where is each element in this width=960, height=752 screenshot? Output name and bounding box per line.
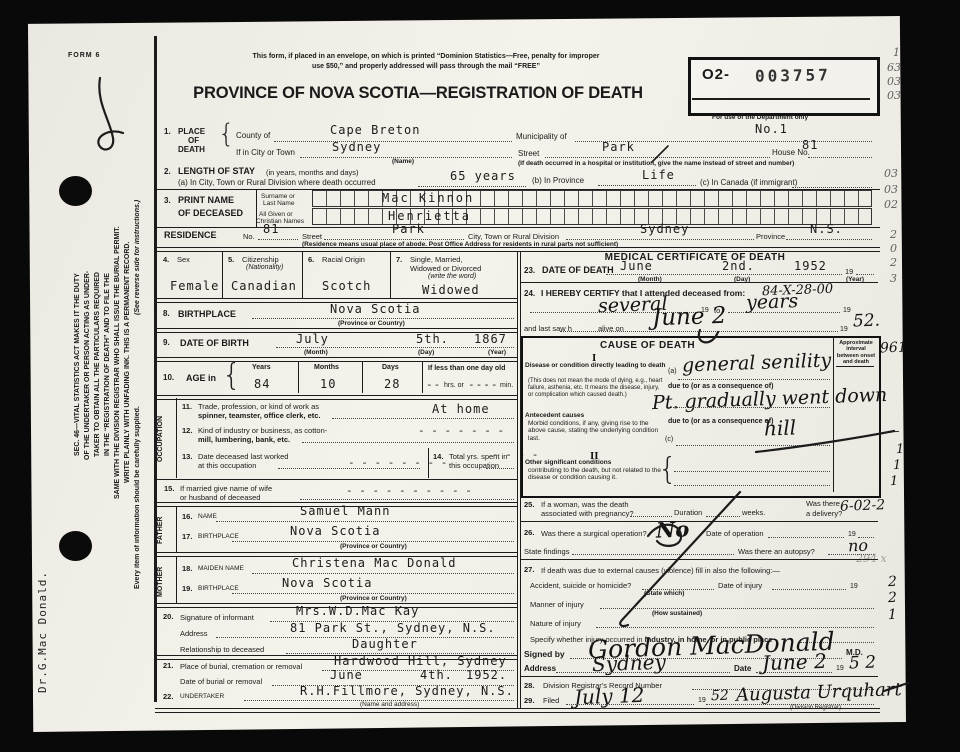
dob-label: DATE OF BIRTH bbox=[180, 338, 249, 348]
cause-title: CAUSE OF DEATH bbox=[600, 340, 695, 351]
surname-value: Mac Kinnon bbox=[382, 191, 474, 205]
field15-label-2: or husband of deceased bbox=[180, 493, 260, 502]
given-sub-1: All Given or bbox=[259, 211, 293, 218]
burial-date-label: Date of burial or removal bbox=[180, 677, 262, 686]
margin-one-2: 1 bbox=[893, 458, 902, 473]
field23-number: 23. bbox=[524, 266, 535, 275]
antecedent-note: Morbid conditions, if any, giving rise t… bbox=[528, 420, 668, 442]
age-less-label: If less than one day old bbox=[428, 365, 505, 372]
dod-month-value: June bbox=[620, 259, 653, 273]
document-title: PROVINCE OF NOVA SCOTIA—REGISTRATION OF … bbox=[168, 84, 668, 103]
dod-day-value: 2nd. bbox=[722, 259, 755, 273]
mother-vline bbox=[176, 557, 177, 603]
city-town-value: Sydney bbox=[332, 140, 381, 154]
disease-note: (This does not mean the mode of dying, e… bbox=[528, 378, 666, 399]
mother-side-label: MOTHER bbox=[157, 560, 164, 604]
racial-origin-label: Racial Origin bbox=[322, 255, 365, 264]
dod-19-pre: 19 bbox=[845, 267, 853, 276]
marital-label-1: Single, Married, bbox=[410, 255, 463, 264]
age-hrs-dashes: -- bbox=[426, 378, 441, 391]
cause-a-line bbox=[678, 378, 830, 380]
punch-hole-bottom bbox=[59, 531, 92, 561]
field18-number: 18. bbox=[182, 564, 192, 573]
pencil-note-1: 63 bbox=[887, 61, 901, 74]
duration-line bbox=[706, 515, 740, 517]
p5-p6-divider bbox=[302, 251, 303, 298]
dob-year-value: 1867 bbox=[474, 332, 507, 346]
informant-addr-value: 81 Park St., Sydney, N.S. bbox=[290, 621, 496, 635]
delivery-handwriting: 6-02-2 bbox=[840, 497, 886, 515]
stay-c-line bbox=[792, 186, 872, 188]
dob-month-sub: (Month) bbox=[304, 349, 328, 356]
pencil-note-3: 03 bbox=[887, 89, 901, 102]
residence-no-label: No. bbox=[243, 232, 255, 241]
p10-bottom-rule bbox=[155, 395, 517, 400]
sec46-line-2: OF THE UNDERTAKER OR PERSON ACTING AS UN… bbox=[84, 215, 91, 515]
field2-label: LENGTH OF STAY bbox=[178, 166, 255, 176]
stay-a-label: (a) In City, Town or Rural Division wher… bbox=[178, 178, 376, 187]
field24-number: 24. bbox=[524, 289, 535, 298]
informant-rel-label: Relationship to deceased bbox=[180, 645, 264, 654]
field11-label-2: spinner, teamster, office clerk, etc. bbox=[198, 411, 321, 420]
interval-column-line bbox=[833, 338, 834, 492]
field14-number: 14. bbox=[433, 452, 443, 461]
birthplace-label: BIRTHPLACE bbox=[178, 309, 236, 319]
accident-label: Accident, suicide or homicide? bbox=[530, 581, 631, 590]
filed-label: Filed bbox=[543, 696, 559, 705]
delivery-label: a delivery? bbox=[806, 509, 842, 518]
p25-bottom-rule bbox=[521, 521, 878, 522]
mother-bp-label: BIRTHPLACE bbox=[198, 585, 239, 592]
other-note: contributing to the death, but not relat… bbox=[528, 467, 668, 482]
field29-number: 29. bbox=[524, 696, 534, 705]
sec46-line-3: TAKER TO OBTAIN ALL THE PARTICULARS REQU… bbox=[94, 215, 101, 515]
age-days-header: Days bbox=[382, 364, 399, 371]
informant-rel-value: Daughter bbox=[352, 637, 418, 651]
field11-line bbox=[332, 417, 514, 419]
injury-date-label: Date of injury bbox=[718, 581, 762, 590]
mother-bp-sub: (Province or Country) bbox=[340, 595, 407, 602]
filed-date-line bbox=[566, 703, 694, 705]
autopsy-label: Was there an autopsy? bbox=[738, 547, 815, 556]
house-no-value: 81 bbox=[802, 138, 818, 152]
dod-year-value: 1952 bbox=[794, 259, 827, 273]
alive-on-line bbox=[560, 330, 838, 332]
margin-one-3: 1 bbox=[890, 474, 899, 489]
dod-year-line bbox=[856, 273, 874, 275]
field26-number: 26. bbox=[524, 528, 534, 537]
pencil-note-10: 3 bbox=[890, 272, 897, 285]
dob-line bbox=[276, 346, 514, 348]
stamp-caption: For use of the Department only bbox=[712, 114, 808, 121]
burial-place-value: Hardwood Hill, Sydney bbox=[334, 654, 507, 668]
field14-line bbox=[486, 467, 514, 469]
dob-day-value: 5th. bbox=[416, 332, 449, 346]
dob-day-sub: (Day) bbox=[418, 349, 434, 356]
father-name-value: Samuel Mann bbox=[300, 504, 390, 518]
attended-to-19: 19 bbox=[843, 307, 851, 314]
field19-number: 19. bbox=[182, 584, 192, 593]
burial-date-month: June bbox=[330, 668, 363, 682]
field2-sub: (in years, months and days) bbox=[266, 168, 359, 177]
informant-sig-value: Mrs.W.D.Mac Kay bbox=[296, 604, 419, 618]
cause-c-line bbox=[676, 444, 830, 446]
field4-number: 4. bbox=[163, 255, 169, 264]
every-item-note: Every item of information should be care… bbox=[134, 345, 141, 650]
municipality-label: Municipality of bbox=[516, 132, 567, 141]
how-sustained-sub: (How sustained) bbox=[652, 610, 702, 617]
field9-number: 9. bbox=[163, 338, 170, 347]
age-div-1 bbox=[298, 361, 299, 393]
county-value: Cape Breton bbox=[330, 123, 420, 137]
birthplace-value: Nova Scotia bbox=[330, 302, 420, 316]
field10-number: 10. bbox=[163, 373, 174, 382]
antecedent-label: Antecedent causes bbox=[525, 412, 584, 419]
field13-label-1: Date deceased last worked bbox=[198, 452, 288, 461]
residence-no-line bbox=[258, 238, 298, 240]
age-days-value: 28 bbox=[384, 377, 400, 391]
field12-number: 12. bbox=[182, 426, 192, 435]
signed-bottom-rule bbox=[521, 676, 878, 677]
age-months-value: 10 bbox=[320, 377, 336, 391]
operation-answer-handwriting: No bbox=[656, 516, 690, 542]
division-registrar-sub: (Division Registrar) bbox=[790, 705, 841, 711]
p13-bottom-rule bbox=[155, 479, 517, 480]
undertaker-value: R.H.Fillmore, Sydney, N.S. bbox=[300, 684, 514, 698]
residence-province-line bbox=[786, 238, 872, 240]
residence-city-label: City, Town or Rural Division bbox=[468, 232, 559, 241]
father-bp-sub: (Province or Country) bbox=[340, 543, 407, 550]
informant-sig-label: Signature of informant bbox=[180, 613, 254, 622]
dob-year-sub: (Year) bbox=[488, 349, 506, 356]
informant-addr-label: Address bbox=[180, 629, 208, 638]
margin-two-1: 2 bbox=[888, 574, 897, 590]
stay-b-line bbox=[598, 184, 696, 186]
alive-on-handwriting: June 2 bbox=[652, 303, 727, 332]
stay-c-label: (c) In Canada (if immigrant) bbox=[700, 178, 797, 187]
other-label: Other significant conditions bbox=[525, 459, 611, 466]
mother-bp-line bbox=[232, 592, 514, 594]
county-label: County of bbox=[236, 131, 270, 140]
filed-19: 19 bbox=[698, 697, 706, 704]
residence-province-value: N.S. bbox=[810, 222, 843, 236]
pencil-note-7: 2 bbox=[890, 228, 897, 241]
residence-no-value: 81 bbox=[263, 222, 279, 236]
residence-label: RESIDENCE bbox=[164, 230, 217, 240]
residence-street-label: Street bbox=[302, 232, 322, 241]
field11-number: 11. bbox=[182, 402, 192, 411]
stay-b-label: (b) In Province bbox=[532, 176, 584, 185]
sec46-line-4: IN THE “REGISTRATION OF DEATH” AND TO FI… bbox=[104, 215, 111, 515]
surname-sub-2: Last Name bbox=[263, 200, 294, 207]
form-number-tag: FORM 6 bbox=[68, 52, 100, 59]
residence-city-value: Sydney bbox=[640, 222, 689, 236]
margin-dash: – bbox=[893, 424, 900, 439]
marital-value: Widowed bbox=[422, 283, 480, 297]
field1-label-1: PLACE bbox=[178, 127, 205, 136]
filed-date-handwriting: July 12 bbox=[574, 683, 645, 709]
field12-label-2: mill, lumbering, bank, etc. bbox=[198, 435, 290, 444]
age-min-dashes: ---- bbox=[468, 378, 499, 391]
field15-label-1: If married give name of wife bbox=[180, 484, 272, 493]
field25-number: 25. bbox=[524, 500, 534, 509]
mother-bp-value: Nova Scotia bbox=[282, 576, 372, 590]
hospital-note: (If death occurred in a hospital or inst… bbox=[518, 160, 794, 167]
signed-date-line bbox=[756, 671, 832, 673]
field17-number: 17. bbox=[182, 532, 192, 541]
field1-number: 1. bbox=[164, 127, 171, 136]
other-line-2 bbox=[674, 484, 830, 486]
field5-number: 5. bbox=[228, 255, 234, 264]
age-months-header: Months bbox=[314, 364, 339, 371]
age-div-3 bbox=[422, 361, 423, 393]
operation-date-label: Date of operation bbox=[706, 529, 764, 538]
dod-label: DATE OF DEATH bbox=[542, 265, 614, 275]
field3-label-2: OF DECEASED bbox=[178, 208, 243, 218]
father-name-label: NAME bbox=[198, 513, 217, 520]
municipality-value: No.1 bbox=[755, 122, 788, 136]
field12-value: - - - - - - - bbox=[418, 424, 504, 437]
age-years-value: 84 bbox=[254, 377, 270, 391]
cause-due2-label: due to (or as a consequence of) bbox=[668, 418, 773, 425]
p4-p5-divider bbox=[222, 251, 223, 298]
violence-question: If death was due to external causes (vio… bbox=[541, 566, 780, 575]
cause-c-label: (c) bbox=[665, 436, 673, 443]
findings-line bbox=[572, 553, 734, 555]
field28-number: 28. bbox=[524, 681, 534, 690]
citizenship-value: Canadian bbox=[231, 279, 297, 293]
margin-code-961: 961 bbox=[880, 340, 907, 357]
father-bp-value: Nova Scotia bbox=[290, 524, 380, 538]
field12-line bbox=[302, 441, 514, 443]
p8-bottom-rule bbox=[155, 328, 517, 333]
age-min-label: min. bbox=[500, 382, 513, 389]
pregnancy-label-1: If a woman, was the death bbox=[541, 500, 629, 509]
street-line bbox=[545, 156, 770, 158]
age-hrs-label: hrs. or bbox=[444, 382, 464, 389]
field15-line bbox=[300, 498, 514, 500]
signed-by-label: Signed by bbox=[524, 649, 565, 659]
field1-label-2: OF bbox=[188, 136, 199, 145]
occupation-side-label: OCCUPATION bbox=[157, 400, 164, 478]
injury-19: 19 bbox=[850, 583, 858, 590]
stamp-box-inner-line bbox=[692, 98, 870, 100]
field11-value: At home bbox=[432, 402, 490, 416]
pencil-note-0: 1 bbox=[893, 46, 900, 59]
pencil-note-2: 03 bbox=[887, 75, 901, 88]
stay-a-line bbox=[418, 185, 526, 187]
residence-street-value: Park bbox=[392, 222, 425, 236]
interval-header: Approximate interval between onset and d… bbox=[836, 340, 876, 365]
age-label: AGE in bbox=[186, 373, 216, 383]
signed-date-label: Date bbox=[734, 664, 751, 673]
p6-p7-divider bbox=[390, 251, 391, 298]
punch-hole-top bbox=[59, 176, 92, 206]
county-line bbox=[274, 140, 512, 142]
citizenship-sub: (Nationality) bbox=[246, 264, 283, 271]
undertaker-sub: (Name and address) bbox=[360, 701, 419, 708]
field21-number: 21. bbox=[163, 661, 173, 670]
margin-one-4: 1 bbox=[888, 607, 897, 623]
field27-number: 27. bbox=[524, 565, 534, 574]
field3-label-1: PRINT NAME bbox=[178, 195, 234, 205]
field2-number: 2. bbox=[164, 167, 171, 176]
street-label: Street bbox=[518, 149, 539, 158]
injury-date-line bbox=[772, 588, 846, 590]
mother-name-value: Christena Mac Donald bbox=[292, 556, 457, 570]
see-reverse-note: (See reverse side for instructions.) bbox=[134, 178, 141, 336]
pencil-note-6: 02 bbox=[884, 198, 898, 211]
field22-number: 22. bbox=[163, 692, 173, 701]
residence-province-label: Province bbox=[756, 232, 785, 241]
field13-number: 13. bbox=[182, 452, 192, 461]
mail-notice-line1: This form, if placed in an envelope, on … bbox=[182, 53, 670, 61]
mother-name-line bbox=[252, 572, 514, 574]
weeks-label: weeks. bbox=[742, 508, 765, 517]
doctor-margin-note: Dr.G.Mac Donald. bbox=[36, 552, 49, 712]
father-name-line bbox=[216, 520, 514, 522]
operation-date-line bbox=[768, 536, 844, 538]
pencil-note-9: 2 bbox=[890, 256, 897, 269]
mail-notice-line2: use $50,” and properly addressed will pa… bbox=[182, 63, 670, 71]
other-line-1 bbox=[674, 470, 830, 472]
occupation-vline bbox=[176, 398, 177, 478]
field15-number: 15. bbox=[164, 484, 174, 493]
field3-number: 3. bbox=[164, 196, 171, 205]
cause-b-line bbox=[668, 406, 830, 408]
citizenship-label: Citizenship bbox=[242, 255, 279, 264]
field6-number: 6. bbox=[308, 255, 314, 264]
registration-prefix: O2- bbox=[702, 66, 730, 83]
sex-label: Sex bbox=[177, 255, 190, 264]
registration-number-stamp: 003757 bbox=[755, 65, 831, 85]
father-bp-label: BIRTHPLACE bbox=[198, 533, 239, 540]
cause-a-label: (a) bbox=[668, 368, 677, 375]
field20-number: 20. bbox=[163, 612, 173, 621]
residence-city-line bbox=[566, 238, 754, 240]
field1-brace: { bbox=[218, 119, 235, 149]
field15-value: - - - - - - - - - - bbox=[346, 484, 472, 497]
manner-line bbox=[600, 607, 874, 609]
nature-label: Nature of injury bbox=[530, 619, 581, 628]
alive-19: 19 bbox=[840, 326, 848, 333]
father-vline bbox=[176, 506, 177, 552]
sec46-line-1: SEC. 46—VITAL STATISTICS ACT MAKES IT TH… bbox=[74, 215, 81, 515]
signed-19: 19 bbox=[836, 665, 844, 672]
dod-line bbox=[606, 273, 842, 275]
mother-name-label: MAIDEN NAME bbox=[198, 565, 244, 572]
signed-address-label: Address bbox=[524, 664, 556, 673]
was-there-label: Was there bbox=[806, 499, 840, 508]
field13-line bbox=[278, 467, 420, 469]
field16-number: 16. bbox=[182, 512, 192, 521]
field11-label-1: Trade, profession, or kind of work as bbox=[198, 402, 319, 411]
pencil-note-5: 03 bbox=[884, 183, 898, 196]
sec46-line-6: WRITE PLAINLY WITH UNFADING INK. THIS IS… bbox=[124, 200, 131, 525]
p26-bottom-rule bbox=[521, 559, 878, 560]
field7-number: 7. bbox=[396, 255, 402, 264]
form-bottom-rule bbox=[155, 708, 880, 713]
burial-date-year: 1952. bbox=[466, 668, 507, 682]
margin-one-1: 1 bbox=[896, 442, 905, 457]
pencil-note-4: 03 bbox=[884, 167, 898, 180]
age-div-2 bbox=[362, 361, 363, 393]
birthplace-line bbox=[252, 317, 514, 319]
sex-value: Female bbox=[170, 279, 219, 293]
findings-label: State findings bbox=[524, 547, 569, 556]
undertaker-label: UNDERTAKER bbox=[180, 693, 224, 700]
dob-month-value: July bbox=[296, 332, 329, 346]
state-which-sub: (State which) bbox=[644, 590, 684, 597]
house-no-line bbox=[808, 156, 872, 158]
father-side-label: FATHER bbox=[157, 508, 164, 552]
signed-address-line bbox=[556, 671, 730, 673]
filed-year-handwriting: 52 bbox=[711, 688, 729, 705]
interval-header-line bbox=[836, 366, 874, 367]
p9-bottom-rule bbox=[155, 357, 517, 362]
alive-year-handwriting: 52. bbox=[853, 311, 881, 332]
marital-label-2: Widowed or Divorced bbox=[410, 264, 481, 273]
field8-number: 8. bbox=[163, 309, 170, 318]
sec46-line-5: SAME WITH THE DIVISION REGISTRAR WHO SHA… bbox=[114, 190, 121, 535]
burial-place-label: Place of burial, cremation or removal bbox=[180, 662, 302, 671]
stay-a-value: 65 years bbox=[450, 169, 516, 183]
field12-label-1: Kind of industry or business, as cotton- bbox=[198, 426, 327, 435]
field1-label-3: DEATH bbox=[178, 145, 205, 154]
attended-to-line bbox=[728, 311, 840, 313]
marital-sub: (write the word) bbox=[428, 273, 476, 280]
scanned-death-certificate: { "header": { "form_tag": "FORM 6", "not… bbox=[0, 0, 960, 752]
pregnancy-label-2: associated with pregnancy? bbox=[541, 509, 634, 518]
operation-question: Was there a surgical operation? bbox=[541, 529, 647, 538]
father-bp-line bbox=[232, 540, 514, 542]
residence-street-line bbox=[324, 238, 464, 240]
signed-year-handwriting: 5 2 bbox=[849, 653, 877, 674]
surname-sub-1: Surname or bbox=[261, 193, 295, 200]
city-town-label: If in City or Town bbox=[236, 148, 295, 157]
given-name-value: Henrietta bbox=[388, 209, 471, 223]
street-value: Park bbox=[602, 140, 635, 154]
name-sub-label: (Name) bbox=[392, 158, 414, 165]
stay-b-value: Life bbox=[642, 168, 675, 182]
racial-origin-value: Scotch bbox=[322, 279, 371, 293]
age-brace: { bbox=[222, 358, 241, 393]
pencil-note-8: 0 bbox=[890, 242, 897, 255]
burial-date-day: 4th. bbox=[420, 668, 453, 682]
age-years-header: Years bbox=[252, 364, 271, 371]
margin-two-2: 2 bbox=[888, 590, 897, 606]
manner-label: Manner of injury bbox=[530, 600, 584, 609]
field13-14-divider bbox=[428, 448, 429, 478]
field13-label-2: at this occupation bbox=[198, 461, 256, 470]
disease-label: Disease or condition directly leading to… bbox=[525, 362, 667, 369]
birthplace-sub: (Province or Country) bbox=[338, 320, 405, 327]
